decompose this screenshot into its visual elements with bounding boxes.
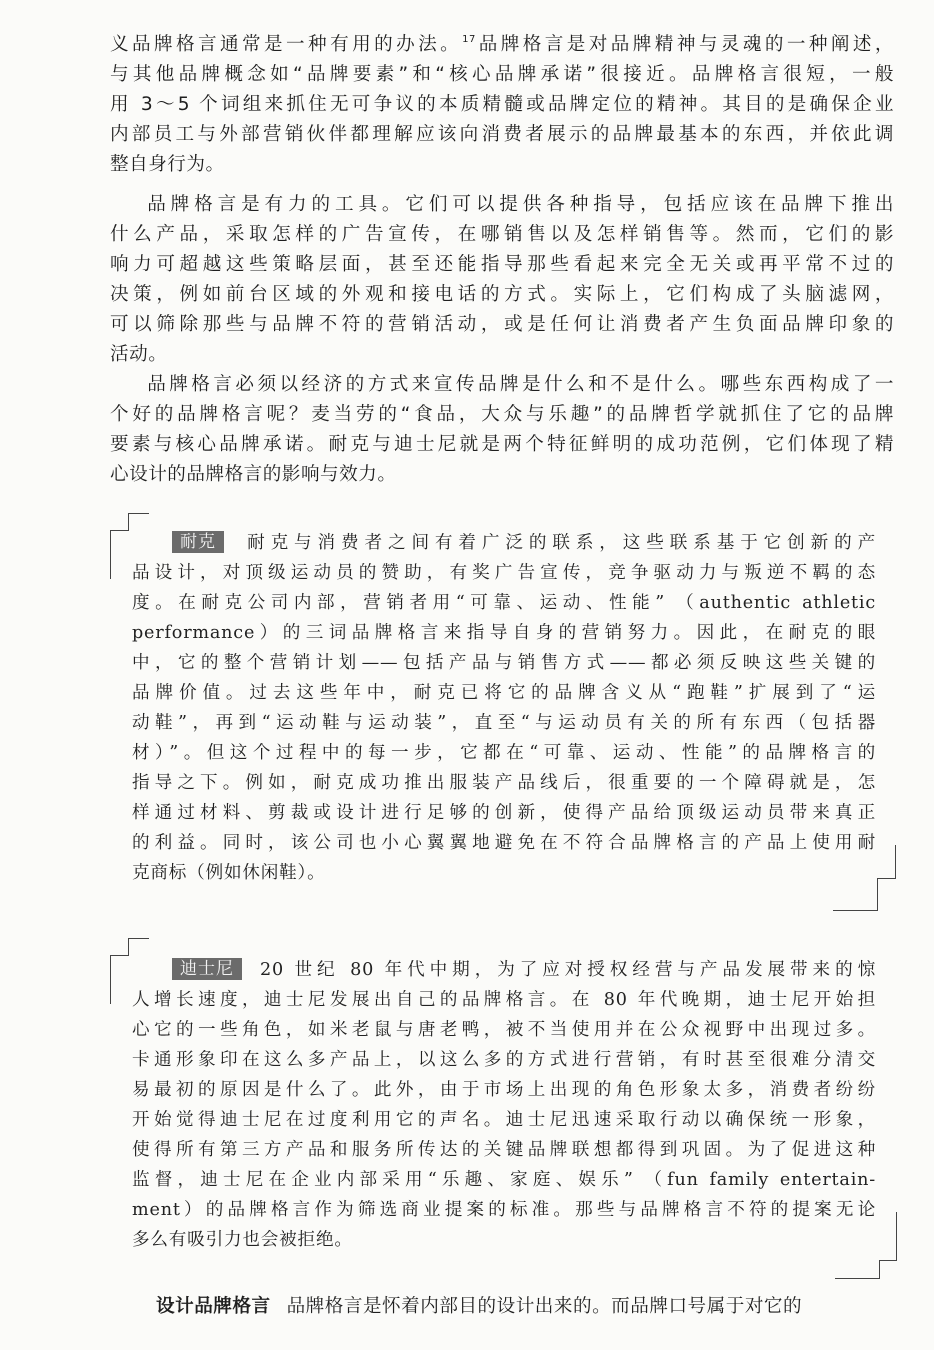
text-line: 心它的一些角色，如米老鼠与唐老鸭，被不当使用并在公众视野中出现过多。 <box>132 1015 876 1045</box>
text-line: 用 3～5 个词组来抓住无可争议的本质精髓或品牌定位的精神。其目的是确保企业 <box>110 90 894 120</box>
text-line: 与其他品牌概念如“品牌要素”和“核心品牌承诺”很接近。品牌格言很短，一般 <box>110 60 894 90</box>
text-line: 使得所有第三方产品和服务所传达的关键品牌联想都得到巩固。为了促进这种 <box>132 1135 876 1165</box>
text-line: 义品牌格言通常是一种有用的办法。17品牌格言是对品牌精神与灵魂的一种阐述， <box>110 30 894 60</box>
text-line: 个好的品牌格言呢？麦当劳的“食品，大众与乐趣”的品牌哲学就抓住了它的品牌 <box>110 400 894 430</box>
text-line: 易最初的原因是什么了。此外，由于市场上出现的角色形象太多，消费者纷纷 <box>132 1075 876 1105</box>
section-heading: 设计品牌格言 <box>156 1296 271 1317</box>
text-line: 可以筛除那些与品牌不符的营销活动，或是任何让消费者产生负面品牌印象的 <box>110 310 894 340</box>
text-line: 整自身行为。 <box>110 150 894 180</box>
section-intro: 设计品牌格言品牌格言是怀着内部目的设计出来的。而品牌口号属于对它的 <box>156 1292 896 1322</box>
text-line: 人增长速度，迪士尼发展出自己的品牌格言。在 80 年代晚期，迪士尼开始担 <box>132 985 876 1015</box>
text-line: 迪士尼20 世纪 80 年代中期，为了应对授权经营与产品发展带来的惊 <box>132 955 876 985</box>
text-line: 响力可超越这些策略层面，甚至还能指导那些看起来完全无关或再平常不过的 <box>110 250 894 280</box>
paragraph-1: 义品牌格言通常是一种有用的办法。17品牌格言是对品牌精神与灵魂的一种阐述， 与其… <box>110 30 894 180</box>
paragraph-2: 品牌格言是有力的工具。它们可以提供各种指导，包括应该在品牌下推出 什么产品，采取… <box>110 190 894 370</box>
box-bracket-bottom-right <box>878 845 896 879</box>
text-line: 动鞋”，再到“运动鞋与运动装”，直至“与运动员有关的所有东西（包括器 <box>132 708 876 738</box>
text-line: 材）”。但这个过程中的每一步，它都在“可靠、运动、性能”的品牌格言的 <box>132 738 876 768</box>
box-bracket-top-left-step <box>110 530 129 579</box>
text-line: 品牌格言必须以经济的方式来宣传品牌是什么和不是什么。哪些东西构成了一 <box>110 370 894 400</box>
text-line: 中，它的整个营销计划——包括产品与销售方式——都必须反映这些关键的 <box>132 648 876 678</box>
text-line: 的利益。同时，该公司也小心翼翼地避免在不符合品牌格言的产品上使用耐 <box>132 828 876 858</box>
text-line: 开始觉得迪士尼在过度利用它的声名。迪士尼迅速采取行动以确保统一形象， <box>132 1105 876 1135</box>
text-line: 耐克耐克与消费者之间有着广泛的联系，这些联系基于它创新的产 <box>132 528 876 558</box>
text-line: 心设计的品牌格言的影响与效力。 <box>110 460 894 490</box>
text-line: 度。在耐克公司内部，营销者用“可靠、运动、性能” （authentic athl… <box>132 588 876 618</box>
text-line: 品设计，对顶级运动员的赞助，有奖广告宣传，竞争驱动力与叛逆不羁的态 <box>132 558 876 588</box>
text-line: ment）的品牌格言作为筛选商业提案的标准。那些与品牌格言不符的提案无论 <box>132 1195 876 1225</box>
text-line: 要素与核心品牌承诺。耐克与迪士尼就是两个特征鲜明的成功范例，它们体现了精 <box>110 430 894 460</box>
text-line: 品牌价值。过去这些年中，耐克已将它的品牌含义从“跑鞋”扩展到了“运 <box>132 678 876 708</box>
section-text: 品牌格言是怀着内部目的设计出来的。而品牌口号属于对它的 <box>287 1296 803 1317</box>
text-line: 品牌格言是有力的工具。它们可以提供各种指导，包括应该在品牌下推出 <box>110 190 894 220</box>
box-bracket-top-left <box>128 938 149 956</box>
paragraph-3: 品牌格言必须以经济的方式来宣传品牌是什么和不是什么。哪些东西构成了一 个好的品牌… <box>110 370 894 490</box>
text-line: 样通过材料、剪裁或设计进行足够的创新，使得产品给顶级运动员带来真正 <box>132 798 876 828</box>
text-line: 决策，例如前台区域的外观和接电话的方式。实际上，它们构成了头脑滤网， <box>110 280 894 310</box>
text-line: 内部员工与外部营销伙伴都理解应该向消费者展示的品牌最基本的东西，并依此调 <box>110 120 894 150</box>
case-label-badge: 迪士尼 <box>172 958 242 980</box>
text-line: 卡通形象印在这么多产品上，以这么多的方式进行营销，有时甚至很难分清交 <box>132 1045 876 1075</box>
box-bracket-bottom-right-step <box>835 1260 880 1279</box>
text-line: 活动。 <box>110 340 894 370</box>
case-label-badge: 耐克 <box>172 531 224 553</box>
box-bracket-bottom-right <box>880 1212 897 1261</box>
text-line: 什么产品，采取怎样的广告宣传，在哪销售以及怎样销售等。然而，它们的影 <box>110 220 894 250</box>
case-box-disney: 迪士尼20 世纪 80 年代中期，为了应对授权经营与产品发展带来的惊 人增长速度… <box>132 955 876 1255</box>
footnote-ref[interactable]: 17 <box>462 34 476 45</box>
text-line: 克商标（例如休闲鞋）。 <box>132 858 876 888</box>
text-line: 指导之下。例如，耐克成功推出服装产品线后，很重要的一个障碍就是，怎 <box>132 768 876 798</box>
case-box-nike: 耐克耐克与消费者之间有着广泛的联系，这些联系基于它创新的产 品设计，对顶级运动员… <box>132 528 876 888</box>
text-line: performance）的三词品牌格言来指导自身的营销努力。因此，在耐克的眼 <box>132 618 876 648</box>
text-line: 多么有吸引力也会被拒绝。 <box>132 1225 876 1255</box>
text-line: 监督，迪士尼在企业内部采用“乐趣、家庭、娱乐” （fun family ente… <box>132 1165 876 1195</box>
box-bracket-top-left-step <box>110 955 129 1004</box>
